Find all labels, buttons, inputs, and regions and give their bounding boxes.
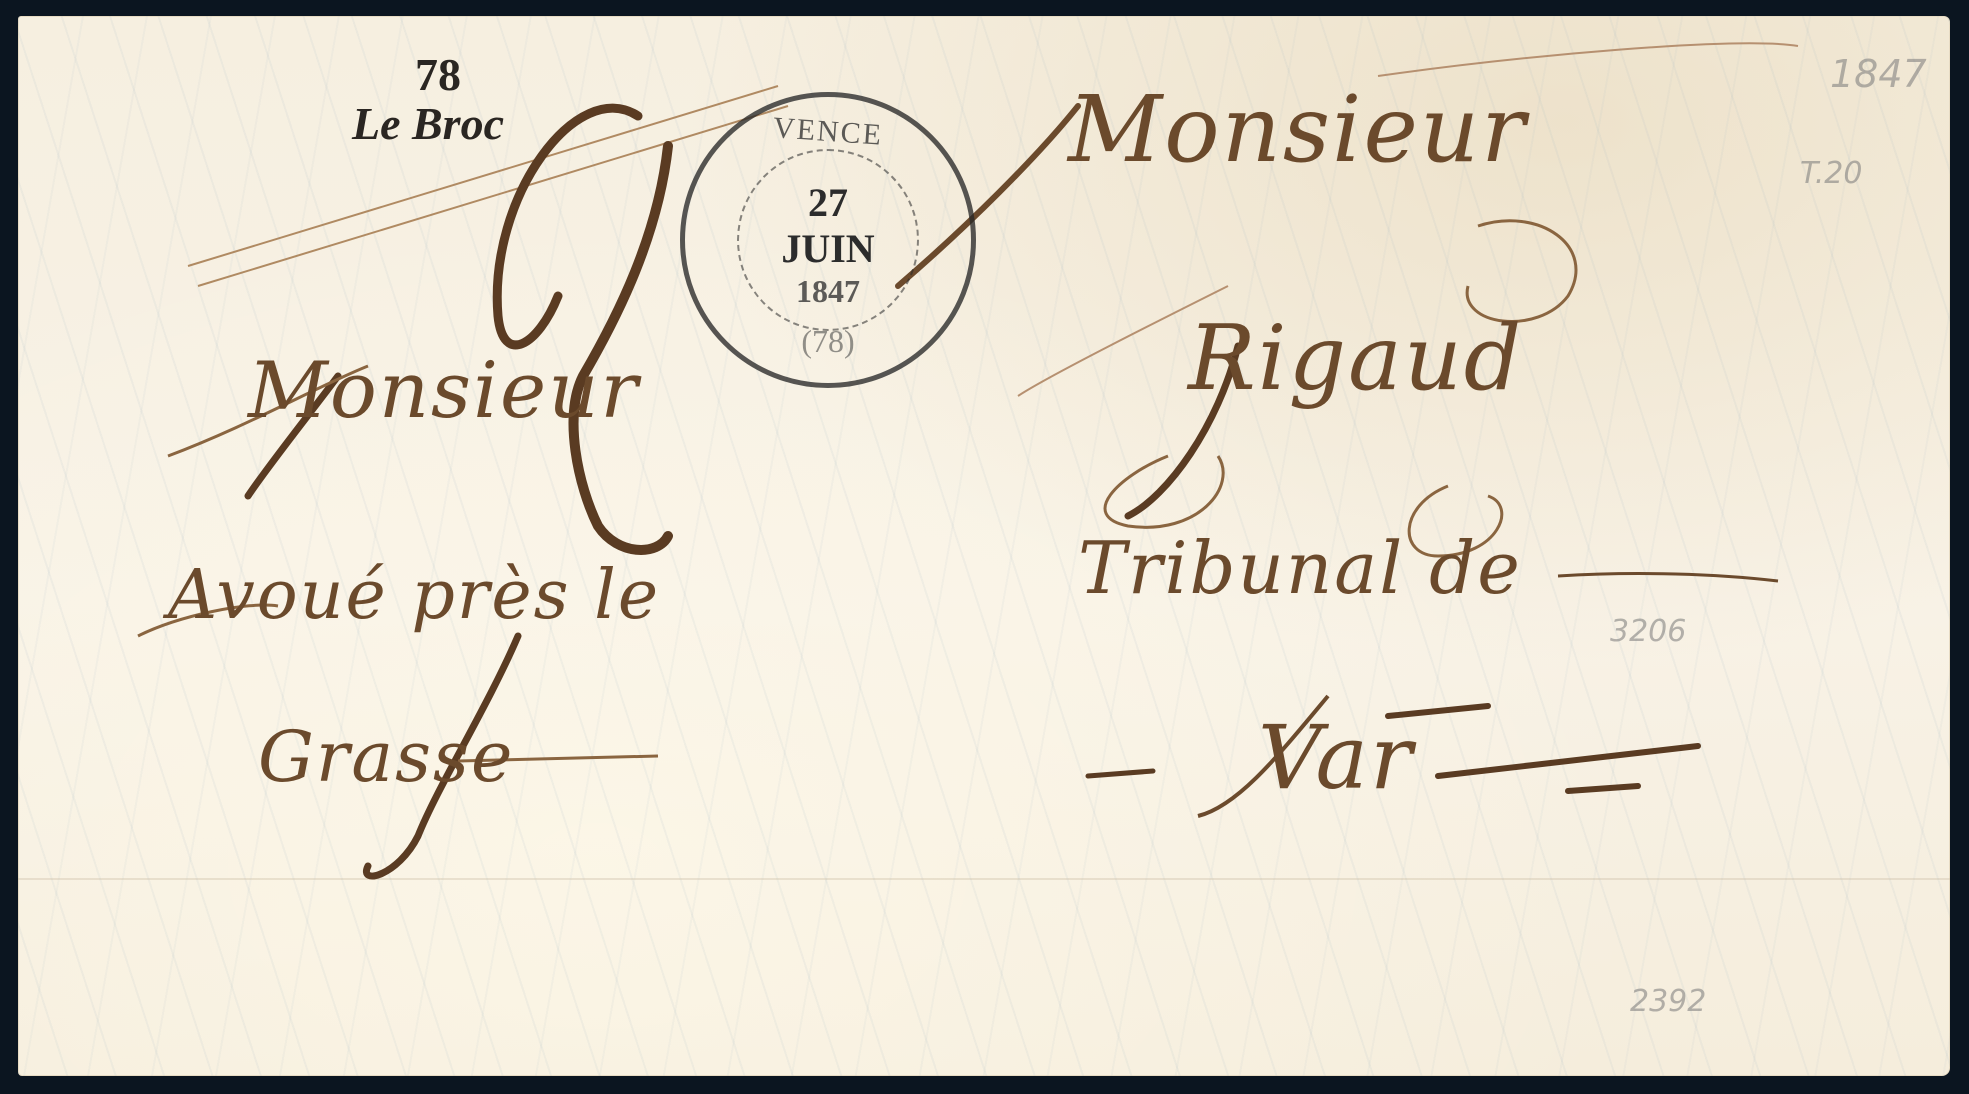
address-line3b: Tribunal de [1078,526,1522,610]
pencil-note-year: 1847 [1830,52,1927,96]
postmark-year: 1847 [685,273,971,310]
address-line1: Monsieur [248,346,640,436]
address-region: Var [1258,706,1414,809]
cachet-town: Le Broc [308,99,548,149]
address-city: Grasse [258,716,514,798]
ink-flourishes [18,16,1950,1076]
circular-date-postmark: VENCE 27 JUIN 1847 (78) [680,92,976,388]
address-salutation: Monsieur [1068,76,1527,183]
cachet-department-number: 78 [328,51,548,99]
postmark-day: 27 [685,179,971,226]
pencil-note-ref1: 3206 [1610,614,1686,649]
address-line3: Avoué près le [168,556,660,635]
letter-cover: 78 Le Broc VENCE 27 JUIN 1847 (78) 2 Mon… [18,16,1950,1076]
postmark-department: (78) [685,323,971,360]
pencil-note-ref2: 2392 [1630,984,1706,1019]
pencil-note-tariff: T.20 [1800,156,1862,191]
origin-cachet: 78 Le Broc [308,51,548,149]
postmark-month: JUIN [685,225,971,272]
address-recipient-name: Rigaud [1188,306,1523,411]
